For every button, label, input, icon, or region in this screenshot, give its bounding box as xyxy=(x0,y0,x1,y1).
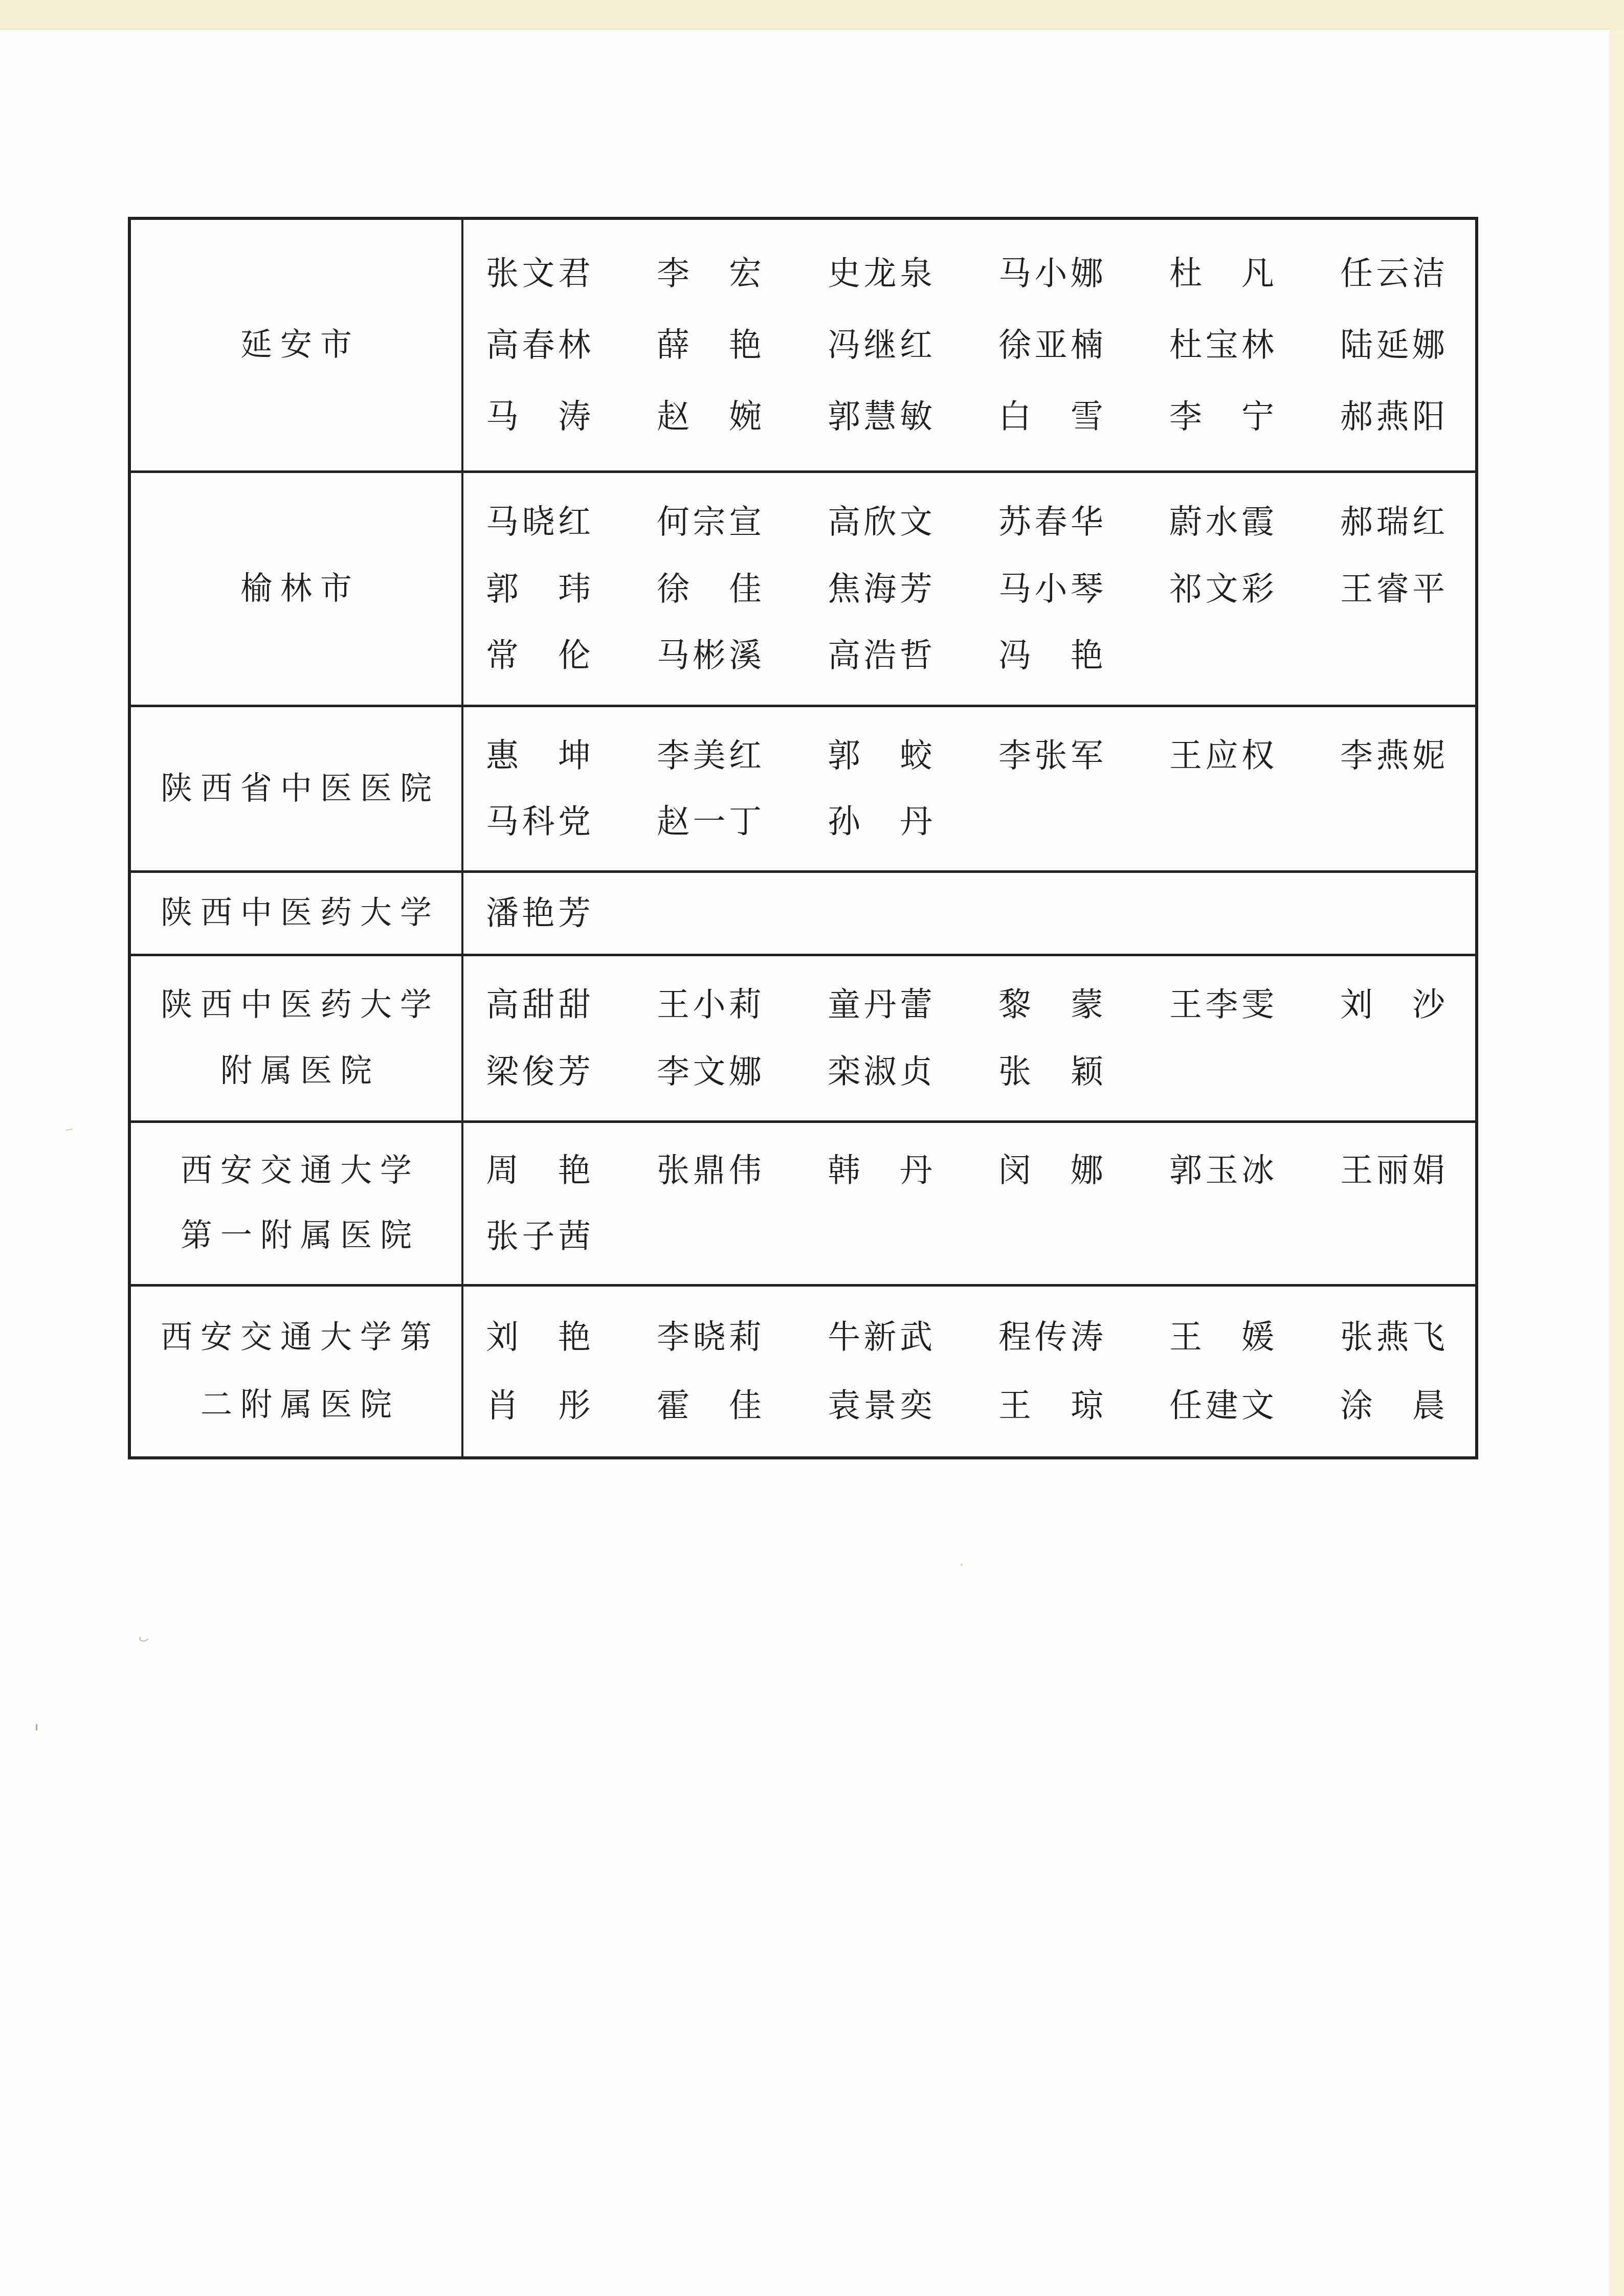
org-cell: 陕西省中医医院 xyxy=(131,707,463,870)
person-name: 高甜甜 xyxy=(486,987,591,1023)
name-line: 高春林薛艳冯继红徐亚楠杜宝林陆延娜 xyxy=(486,327,1472,363)
person-name: 薛艳 xyxy=(657,327,762,363)
person-name: 王应权 xyxy=(1169,738,1274,774)
org-name-line: 榆林市 xyxy=(232,572,360,606)
person-name: 张子茜 xyxy=(486,1219,591,1254)
name-line: 张子茜 xyxy=(486,1219,1472,1254)
person-name: 徐佳 xyxy=(657,571,762,607)
person-name: 肖彤 xyxy=(486,1388,591,1424)
person-name: 栾淑贞 xyxy=(828,1054,932,1090)
name-line: 肖彤霍佳袁景奕王琼任建文涂晨 xyxy=(486,1388,1472,1424)
person-name: 蔚水霞 xyxy=(1169,504,1274,540)
person-name: 冯继红 xyxy=(828,327,932,363)
person-name: 王小莉 xyxy=(657,987,762,1023)
table-row: 陕西中医药大学附属医院高甜甜王小莉童丹蕾黎蒙王李雯刘沙梁俊芳李文娜栾淑贞张颖 xyxy=(131,954,1475,1120)
names-cell: 马晓红何宗宣高欣文苏春华蔚水霞郝瑞红郭玮徐佳焦海芳马小琴祁文彩王睿平常伦马彬溪高… xyxy=(463,473,1475,705)
name-line: 马科党赵一丁孙丹 xyxy=(486,804,1472,840)
org-cell: 陕西中医药大学附属医院 xyxy=(131,956,463,1120)
person-name: 郭玮 xyxy=(486,571,591,607)
person-name: 张文君 xyxy=(486,256,591,291)
table-row: 榆林市马晓红何宗宣高欣文苏春华蔚水霞郝瑞红郭玮徐佳焦海芳马小琴祁文彩王睿平常伦马… xyxy=(131,470,1475,705)
org-name-line: 陕西中医药大学 xyxy=(152,896,440,930)
person-name: 赵婉 xyxy=(657,399,762,435)
person-name: 郝瑞红 xyxy=(1340,504,1445,540)
names-cell: 高甜甜王小莉童丹蕾黎蒙王李雯刘沙梁俊芳李文娜栾淑贞张颖 xyxy=(463,956,1475,1120)
person-name: 闵娜 xyxy=(998,1153,1103,1188)
person-name: 马小琴 xyxy=(998,571,1103,607)
person-name: 李张军 xyxy=(998,738,1103,774)
person-name: 程传涛 xyxy=(998,1319,1103,1355)
person-name: 周艳 xyxy=(486,1153,591,1188)
table-row: 延安市张文君李宏史龙泉马小娜杜凡任云洁高春林薛艳冯继红徐亚楠杜宝林陆延娜马涛赵婉… xyxy=(131,220,1475,470)
table-row: 西安交通大学第一附属医院周艳张鼎伟韩丹闵娜郭玉冰王丽娟张子茜 xyxy=(131,1120,1475,1284)
person-name: 张颖 xyxy=(998,1054,1103,1090)
person-name: 徐亚楠 xyxy=(998,327,1103,363)
person-name: 史龙泉 xyxy=(828,256,932,291)
names-cell: 惠坤李美红郭蛟李张军王应权李燕妮马科党赵一丁孙丹 xyxy=(463,707,1475,870)
names-cell: 周艳张鼎伟韩丹闵娜郭玉冰王丽娟张子茜 xyxy=(463,1123,1475,1284)
name-line: 郭玮徐佳焦海芳马小琴祁文彩王睿平 xyxy=(486,571,1472,607)
person-name: 潘艳芳 xyxy=(486,895,591,931)
name-line: 梁俊芳李文娜栾淑贞张颖 xyxy=(486,1054,1472,1090)
person-name: 马彬溪 xyxy=(657,638,762,673)
person-name: 马小娜 xyxy=(998,256,1103,291)
names-cell: 张文君李宏史龙泉马小娜杜凡任云洁高春林薛艳冯继红徐亚楠杜宝林陆延娜马涛赵婉郭慧敏… xyxy=(463,220,1475,470)
person-name: 郭蛟 xyxy=(828,738,932,774)
person-name: 王李雯 xyxy=(1169,987,1274,1023)
person-name: 焦海芳 xyxy=(828,571,932,607)
person-name: 杜凡 xyxy=(1169,256,1274,291)
scanned-page: 延安市张文君李宏史龙泉马小娜杜凡任云洁高春林薛艳冯继红徐亚楠杜宝林陆延娜马涛赵婉… xyxy=(0,0,1624,2296)
person-name: 李宏 xyxy=(657,256,762,291)
person-name: 马科党 xyxy=(486,804,591,840)
person-name: 惠坤 xyxy=(486,738,591,774)
person-name: 李晓莉 xyxy=(657,1319,762,1355)
person-name: 郝燕阳 xyxy=(1340,399,1445,435)
person-name: 张鼎伟 xyxy=(657,1153,762,1188)
name-line: 马涛赵婉郭慧敏白雪李宁郝燕阳 xyxy=(486,399,1472,435)
person-name: 李文娜 xyxy=(657,1054,762,1090)
person-name: 梁俊芳 xyxy=(486,1054,591,1090)
person-name: 李美红 xyxy=(657,738,762,774)
person-name: 牛新武 xyxy=(828,1319,932,1355)
scan-speck xyxy=(139,1633,150,1643)
person-name: 苏春华 xyxy=(998,504,1103,540)
person-name: 张燕飞 xyxy=(1340,1319,1445,1355)
person-name: 杜宝林 xyxy=(1169,327,1274,363)
person-name: 冯艳 xyxy=(998,638,1103,673)
name-line: 周艳张鼎伟韩丹闵娜郭玉冰王丽娟 xyxy=(486,1153,1472,1188)
person-name: 常伦 xyxy=(486,638,591,673)
table-row: 陕西中医药大学潘艳芳 xyxy=(131,870,1475,954)
person-name: 李宁 xyxy=(1169,399,1274,435)
person-name: 黎蒙 xyxy=(998,987,1103,1023)
org-name-line: 延安市 xyxy=(232,328,360,362)
person-name: 高欣文 xyxy=(828,504,932,540)
name-line: 常伦马彬溪高浩哲冯艳 xyxy=(486,638,1472,673)
name-line: 惠坤李美红郭蛟李张军王应权李燕妮 xyxy=(486,738,1472,774)
scan-speck xyxy=(961,1564,963,1566)
org-name-line: 陕西中医药大学 xyxy=(152,988,440,1022)
org-name-line: 陕西省中医医院 xyxy=(152,772,440,806)
person-name: 刘沙 xyxy=(1340,987,1445,1023)
person-name: 任建文 xyxy=(1169,1388,1274,1424)
person-name: 白雪 xyxy=(998,399,1103,435)
person-name: 王琼 xyxy=(998,1388,1103,1424)
name-line: 刘艳李晓莉牛新武程传涛王媛张燕飞 xyxy=(486,1319,1472,1355)
person-name: 孙丹 xyxy=(828,804,932,840)
org-cell: 西安交通大学第二附属医院 xyxy=(131,1287,463,1456)
person-name: 马晓红 xyxy=(486,504,591,540)
person-name: 韩丹 xyxy=(828,1153,932,1188)
org-cell: 延安市 xyxy=(131,220,463,470)
name-line: 张文君李宏史龙泉马小娜杜凡任云洁 xyxy=(486,256,1472,291)
names-cell: 刘艳李晓莉牛新武程传涛王媛张燕飞肖彤霍佳袁景奕王琼任建文涂晨 xyxy=(463,1287,1475,1456)
person-name: 高春林 xyxy=(486,327,591,363)
name-line: 马晓红何宗宣高欣文苏春华蔚水霞郝瑞红 xyxy=(486,504,1472,540)
person-name: 袁景奕 xyxy=(828,1388,932,1424)
org-cell: 榆林市 xyxy=(131,473,463,705)
person-name: 何宗宣 xyxy=(657,504,762,540)
name-line: 高甜甜王小莉童丹蕾黎蒙王李雯刘沙 xyxy=(486,987,1472,1023)
org-name-line: 西安交通大学第 xyxy=(152,1321,440,1355)
person-name: 刘艳 xyxy=(486,1319,591,1355)
org-name-line: 附属医院 xyxy=(212,1054,380,1088)
org-cell: 西安交通大学第一附属医院 xyxy=(131,1123,463,1284)
person-name: 马涛 xyxy=(486,399,591,435)
person-name: 郭慧敏 xyxy=(828,399,932,435)
person-name: 霍佳 xyxy=(657,1388,762,1424)
roster-table: 延安市张文君李宏史龙泉马小娜杜凡任云洁高春林薛艳冯继红徐亚楠杜宝林陆延娜马涛赵婉… xyxy=(128,217,1478,1459)
person-name: 涂晨 xyxy=(1340,1388,1445,1424)
person-name: 王丽娟 xyxy=(1340,1153,1445,1188)
scan-edge-top xyxy=(0,0,1624,30)
person-name: 王睿平 xyxy=(1340,571,1445,607)
table-row: 西安交通大学第二附属医院刘艳李晓莉牛新武程传涛王媛张燕飞肖彤霍佳袁景奕王琼任建文… xyxy=(131,1284,1475,1456)
org-cell: 陕西中医药大学 xyxy=(131,873,463,954)
name-line: 潘艳芳 xyxy=(486,895,1472,931)
person-name: 祁文彩 xyxy=(1169,571,1274,607)
person-name: 李燕妮 xyxy=(1340,738,1445,774)
person-name: 王媛 xyxy=(1169,1319,1274,1355)
person-name: 高浩哲 xyxy=(828,638,932,673)
names-cell: 潘艳芳 xyxy=(463,873,1475,954)
table-row: 陕西省中医医院惠坤李美红郭蛟李张军王应权李燕妮马科党赵一丁孙丹 xyxy=(131,705,1475,870)
person-name: 童丹蕾 xyxy=(828,987,932,1023)
org-name-line: 西安交通大学 xyxy=(172,1154,420,1188)
person-name: 郭玉冰 xyxy=(1169,1153,1274,1188)
scan-speck xyxy=(65,1129,73,1131)
person-name: 任云洁 xyxy=(1340,256,1445,291)
person-name: 陆延娜 xyxy=(1340,327,1445,363)
person-name: 赵一丁 xyxy=(657,804,762,840)
scan-speck xyxy=(36,1724,37,1730)
org-name-line: 第一附属医院 xyxy=(172,1219,420,1253)
org-name-line: 二附属医院 xyxy=(192,1388,400,1422)
scan-edge-right xyxy=(1610,0,1624,2296)
